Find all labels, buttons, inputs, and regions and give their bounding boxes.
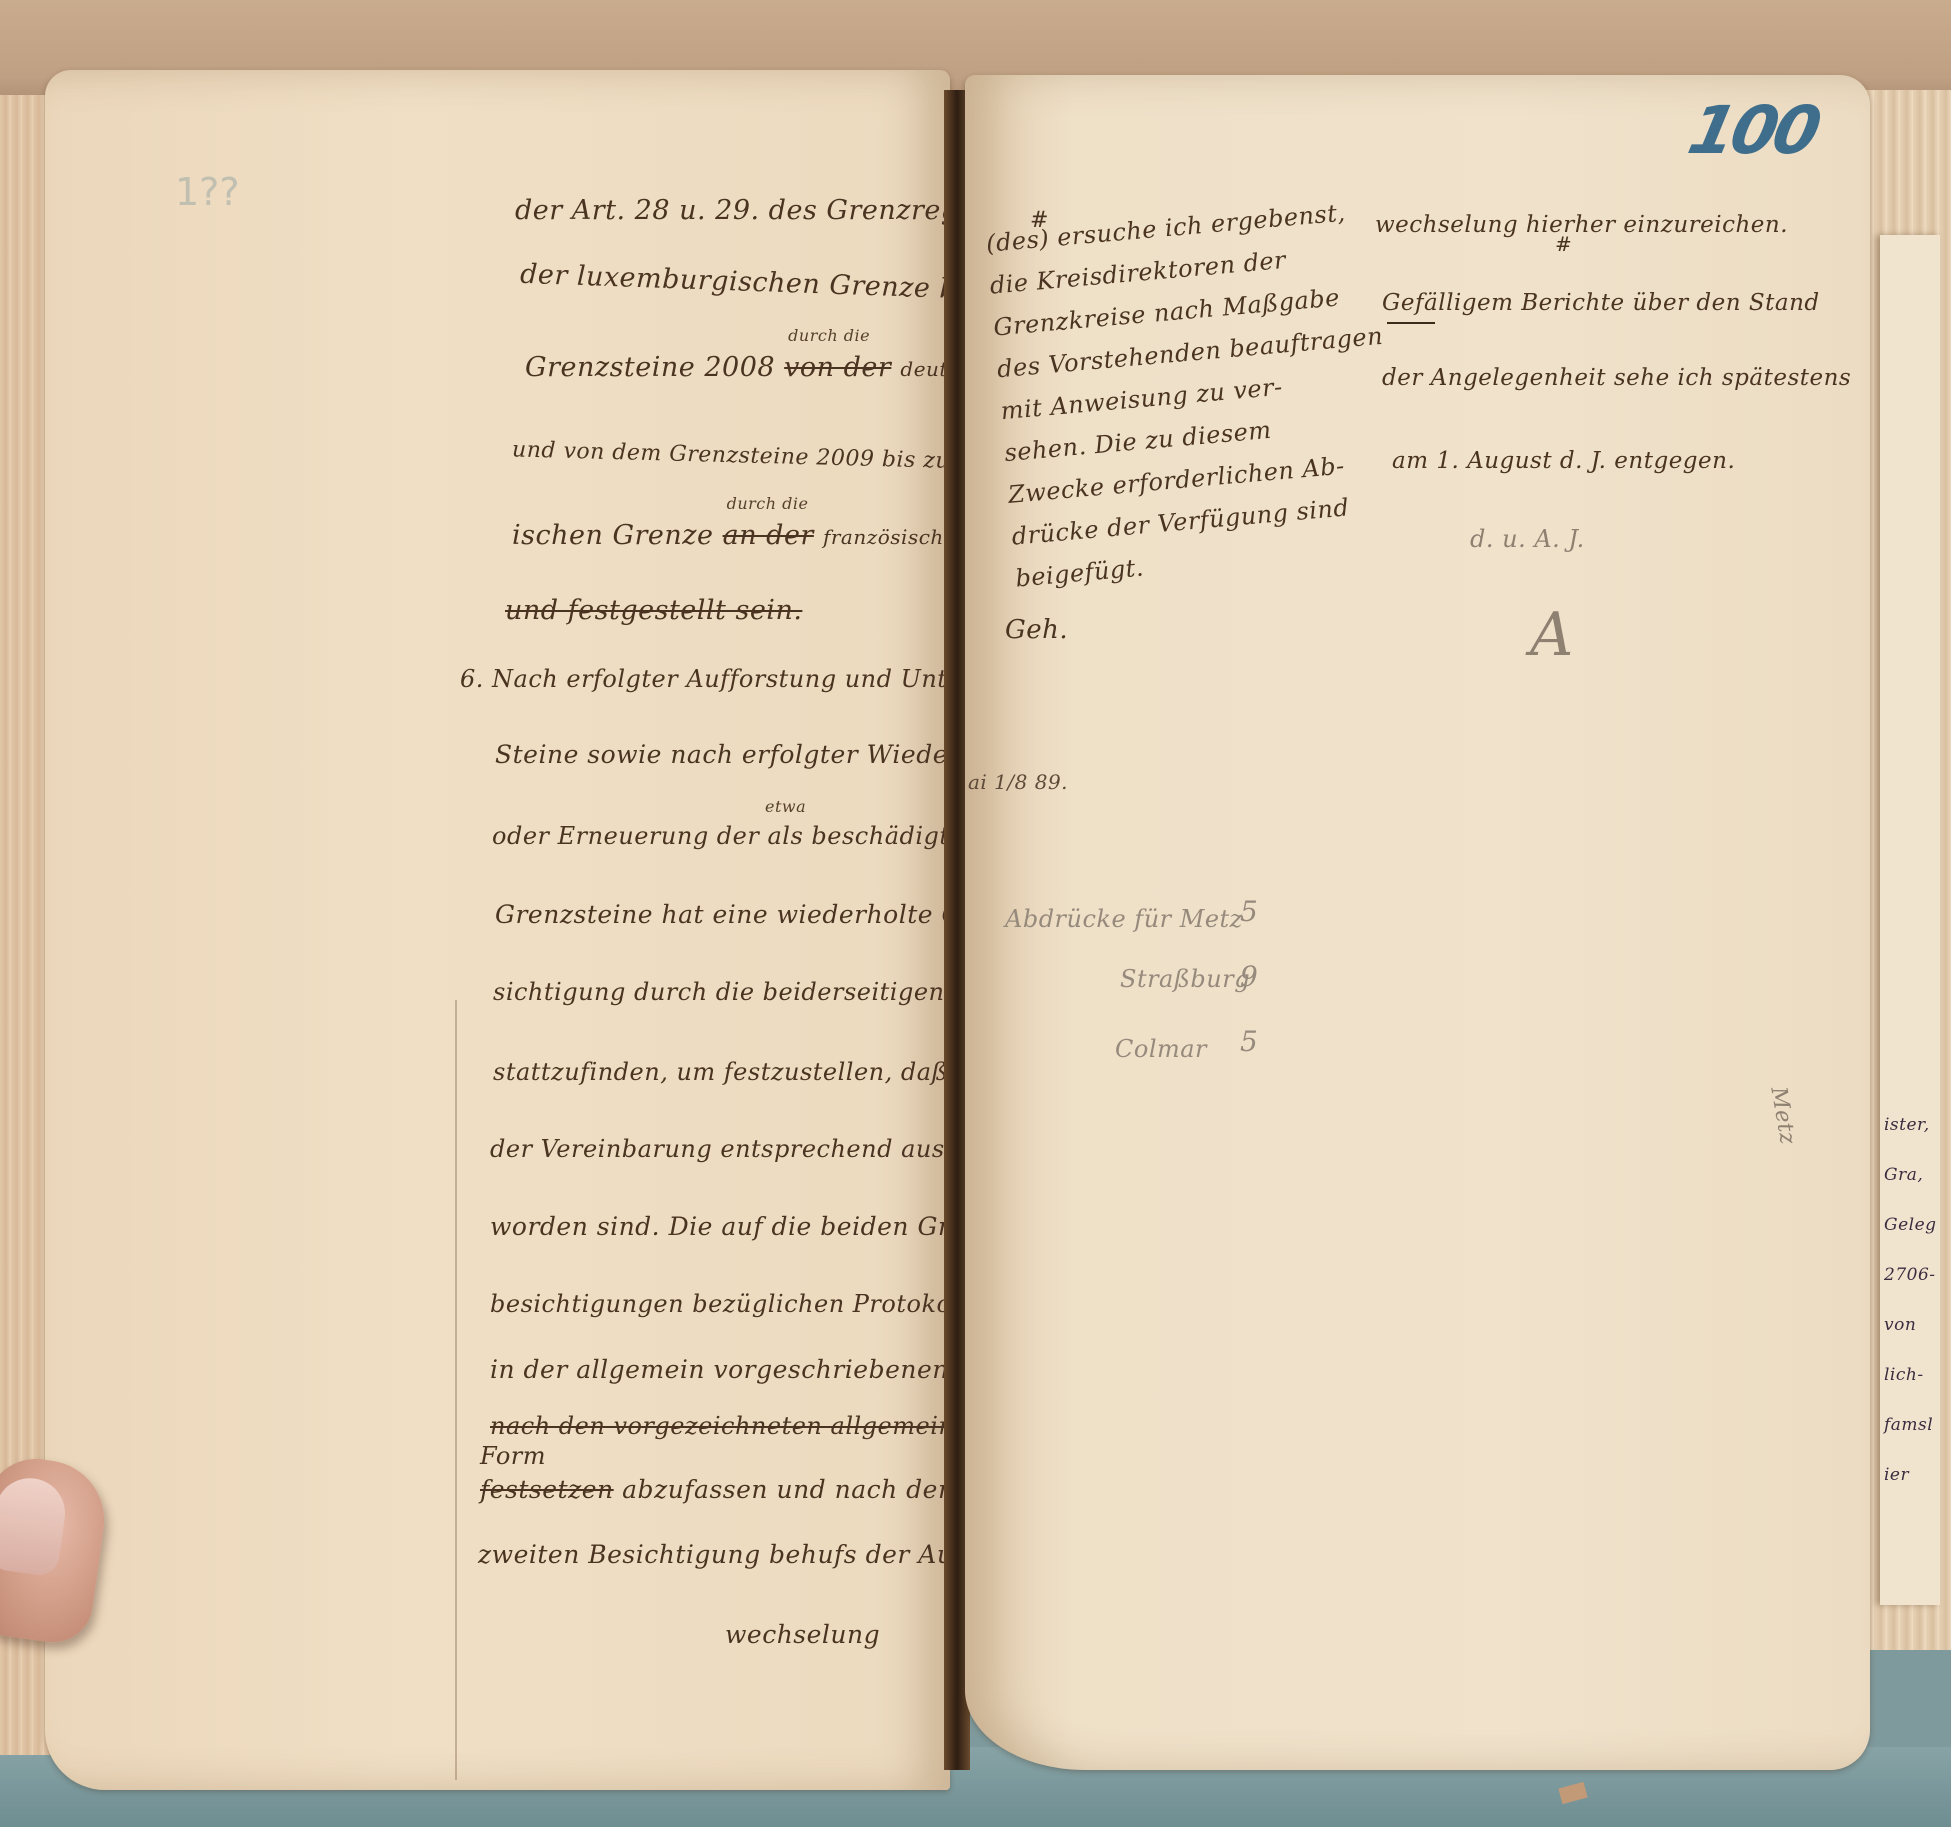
left-line-21: wechselung xyxy=(725,1620,880,1649)
main-marker: # xyxy=(1555,232,1572,256)
left-line-17-struck: nach den vorgezeichneten allgemeinen xyxy=(490,1412,985,1440)
date-note: ai 1/8 89. xyxy=(968,770,1068,794)
interlinear-insert: durch die xyxy=(727,494,809,513)
struck-text: an der xyxy=(723,520,814,551)
left-line-1: der Art. 28 u. 29. des Grenzregul. xyxy=(515,195,995,226)
left-line-14: worden sind. Die auf die beiden Grenz- xyxy=(490,1212,1005,1241)
insert-fragment: Gra, xyxy=(1884,1165,1923,1185)
left-line-16: in der allgemein vorgeschriebenen xyxy=(490,1355,949,1384)
insert-fragment: lich- xyxy=(1884,1365,1924,1385)
interlinear-insert: durch die xyxy=(788,326,870,345)
right-main-line-2: Gefälligem Berichte über den Stand xyxy=(1382,290,1820,316)
tally-label: Abdrücke für Metz xyxy=(1005,905,1243,933)
paraph-signature: A xyxy=(1530,600,1574,670)
tally-label: Straßburg xyxy=(1120,965,1250,993)
interlinear-insert: etwa xyxy=(765,797,806,816)
insert-fragment: famsl xyxy=(1884,1415,1933,1435)
left-line-19: festsetzen abzufassen und nach der xyxy=(480,1475,950,1504)
tally-count: 5 xyxy=(1240,895,1258,928)
right-main-line-1: wechselung hierher einzureichen. xyxy=(1375,212,1788,238)
insert-fragment: von xyxy=(1884,1315,1916,1335)
insert-fragment: Geleg xyxy=(1884,1215,1937,1235)
insert-fragment: ier xyxy=(1884,1465,1909,1485)
inserted-note: (des) ersuche ich ergebenst, die Kreisdi… xyxy=(985,196,1393,481)
struck-text: von der xyxy=(784,352,891,383)
left-line-20: zweiten Besichtigung behufs der Aus- xyxy=(478,1540,976,1569)
left-page-fold-line xyxy=(455,1000,457,1780)
closing-abbreviation: d. u. A. J. xyxy=(1470,525,1585,553)
insert-fragment: 2706- xyxy=(1884,1265,1936,1285)
struck-text: festsetzen xyxy=(480,1475,614,1504)
tally-count: 5 xyxy=(1240,1025,1258,1058)
left-line-3: Grenzsteine 2008 durch die von der deuts… xyxy=(525,352,1010,383)
inserted-sheet: ister, Gra, Geleg 2706- von lich- famsl … xyxy=(1880,235,1940,1605)
tally-count: 9 xyxy=(1240,960,1258,993)
left-line-6-struck: und festgestellt sein. xyxy=(505,595,802,626)
right-main-line-4: am 1. August d. J. entgegen. xyxy=(1392,448,1735,474)
right-main-line-3: der Angelegenheit sehe ich spätestens xyxy=(1382,365,1851,391)
note-signature: Geh. xyxy=(1005,615,1068,645)
underline-mark xyxy=(1387,322,1435,324)
insert-fragment: ister, xyxy=(1884,1115,1930,1135)
tally-label: Colmar xyxy=(1115,1035,1207,1063)
left-line-18: Form xyxy=(480,1442,546,1470)
thumbnail xyxy=(0,1474,70,1578)
faint-folio-number: 1?? xyxy=(175,170,240,214)
folio-number: 100 xyxy=(1682,92,1824,169)
